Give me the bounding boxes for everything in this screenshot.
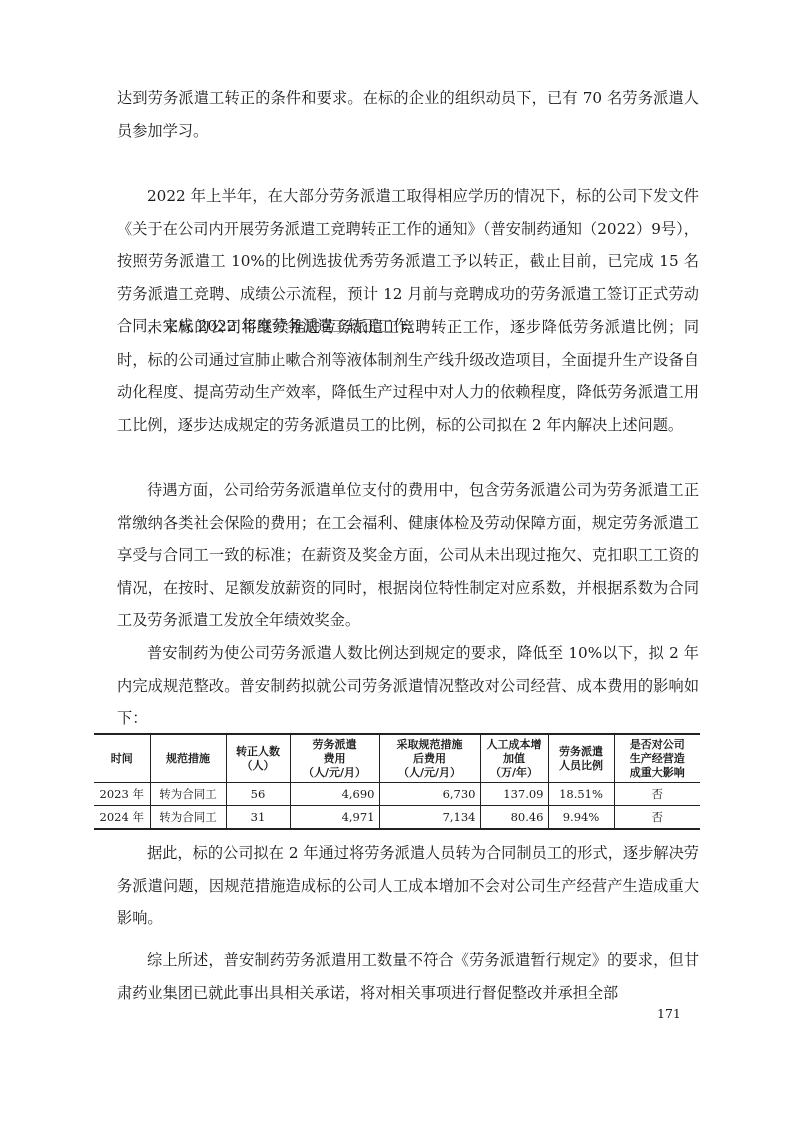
cell-dispatch-ratio: 18.51%: [548, 783, 614, 806]
cell-converted-count: 31: [226, 806, 290, 830]
header-dispatch-cost: 劳务派遣费用（人/元/月）: [290, 734, 379, 783]
cell-cost-after: 6,730: [379, 783, 480, 806]
cell-dispatch-cost: 4,971: [290, 806, 379, 830]
cell-cost-increase: 137.09: [480, 783, 548, 806]
cell-major-impact: 否: [614, 806, 700, 830]
cell-cost-after: 7,134: [379, 806, 480, 830]
table-header-row: 时间 规范措施 转正人数（人） 劳务派遣费用（人/元/月） 采取规范措施后费用（…: [94, 734, 700, 783]
header-dispatch-ratio: 劳务派遣人员比例: [548, 734, 614, 783]
cell-cost-increase: 80.46: [480, 806, 548, 830]
dispatch-rectification-table: 时间 规范措施 转正人数（人） 劳务派遣费用（人/元/月） 采取规范措施后费用（…: [94, 733, 700, 830]
header-converted-count: 转正人数（人）: [226, 734, 290, 783]
table-row: 2024 年 转为合同工 31 4,971 7,134 80.46 9.94% …: [94, 806, 700, 830]
header-time: 时间: [94, 734, 150, 783]
page-number: 171: [657, 1006, 681, 1021]
paragraph-1: 达到劳务派遣工转正的条件和要求。在标的企业的组织动员下，已有 70 名劳务派遣人…: [117, 82, 699, 147]
paragraph-7: 综上所述，普安制药劳务派遣用工数量不符合《劳务派遣暂行规定》的要求，但甘肃药业集…: [117, 944, 699, 1009]
header-major-impact: 是否对公司生产经营造成重大影响: [614, 734, 700, 783]
header-measure: 规范措施: [150, 734, 226, 783]
header-cost-after-measure: 采取规范措施后费用（人/元/月）: [379, 734, 480, 783]
cell-major-impact: 否: [614, 783, 700, 806]
cell-dispatch-cost: 4,690: [290, 783, 379, 806]
cell-measure: 转为合同工: [150, 806, 226, 830]
cell-converted-count: 56: [226, 783, 290, 806]
header-labor-cost-increase: 人工成本增加值（万/年）: [480, 734, 548, 783]
cell-dispatch-ratio: 9.94%: [548, 806, 614, 830]
paragraph-5: 普安制药为使公司劳务派遣人数比例达到规定的要求，降低至 10%以下，拟 2 年内…: [117, 637, 699, 735]
cell-year: 2023 年: [94, 783, 150, 806]
cell-year: 2024 年: [94, 806, 150, 830]
paragraph-6: 据此，标的公司拟在 2 年通过将劳务派遣人员转为合同制员工的形式，逐步解决劳务派…: [117, 837, 699, 935]
table-row: 2023 年 转为合同工 56 4,690 6,730 137.09 18.51…: [94, 783, 700, 806]
paragraph-4: 待遇方面，公司给劳务派遣单位支付的费用中，包含劳务派遣公司为劳务派遣工正常缴纳各…: [117, 474, 699, 637]
document-page: 达到劳务派遣工转正的条件和要求。在标的企业的组织动员下，已有 70 名劳务派遣人…: [0, 0, 793, 1122]
cell-measure: 转为合同工: [150, 783, 226, 806]
paragraph-3: 未来标的公司将继续推进劳务派遣工竞聘转正工作，逐步降低劳务派遣比例；同时，标的公…: [117, 311, 699, 441]
